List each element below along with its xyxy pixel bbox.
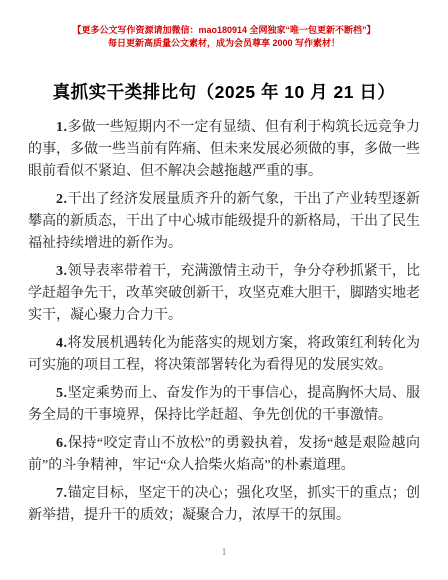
paragraph-text: 坚定乘势而上、奋发作为的干事信心，提高胸怀大局、服务全局的干事境界，保持比学赶超…: [28, 386, 420, 423]
document-page: 【更多公文写作资源请加微信：mao180914 全网独家“唯一包更新不断档”】 …: [0, 0, 448, 580]
paragraph: 2.干出了经济发展量质齐升的新气象，干出了产业转型逐新攀高的新质态，干出了中心城…: [28, 189, 420, 255]
paragraph-number: 2.: [56, 192, 68, 207]
watermark-header: 【更多公文写作资源请加微信：mao180914 全网独家“唯一包更新不断档”】 …: [0, 24, 448, 49]
page-number: 1: [0, 547, 448, 558]
paragraph: 4.将发展机遇转化为能落实的规划方案，将政策红利转化为可实施的项目工程，将决策部…: [28, 333, 420, 377]
page-title: 真抓实干类排比句（2025 年 10 月 21 日）: [24, 79, 424, 104]
paragraph-text: 领导表率带着干，充满激情主动干，争分夺秒抓紧干，比学赶超争先干，改革突破创新干，…: [28, 264, 420, 323]
watermark-line-2: 每日更新高质量公文素材，成为会员尊享 2000 写作素材！: [0, 37, 448, 50]
paragraph: 1.多做一些短期内不一定有显绩、但有利于构筑长远竞争力的事，多做一些当前有阵痛、…: [28, 117, 420, 183]
paragraph-list: 1.多做一些短期内不一定有显绩、但有利于构筑长远竞争力的事，多做一些当前有阵痛、…: [28, 117, 420, 527]
paragraph-number: 7.: [56, 486, 68, 501]
paragraph-text: 多做一些短期内不一定有显绩、但有利于构筑长远竞争力的事，多做一些当前有阵痛、但未…: [28, 120, 420, 179]
paragraph-number: 5.: [56, 386, 68, 401]
paragraph-number: 3.: [56, 264, 68, 279]
paragraph-text: 锚定目标，坚定干的决心；强化攻坚，抓实干的重点；创新举措，提升干的质效；凝聚合力…: [28, 486, 420, 523]
paragraph: 3.领导表率带着干，充满激情主动干，争分夺秒抓紧干，比学赶超争先干，改革突破创新…: [28, 261, 420, 327]
paragraph-number: 4.: [56, 336, 68, 351]
paragraph-number: 1.: [56, 120, 68, 135]
paragraph-text: 保持“咬定青山不放松”的勇毅执着，发扬“越是艰险越向前”的斗争精神，牢记“众人拾…: [28, 436, 420, 473]
paragraph-number: 6.: [56, 436, 68, 451]
paragraph: 7.锚定目标，坚定干的决心；强化攻坚，抓实干的重点；创新举措，提升干的质效；凝聚…: [28, 483, 420, 527]
paragraph-text: 将发展机遇转化为能落实的规划方案，将政策红利转化为可实施的项目工程，将决策部署转…: [28, 336, 420, 373]
paragraph: 5.坚定乘势而上、奋发作为的干事信心，提高胸怀大局、服务全局的干事境界，保持比学…: [28, 383, 420, 427]
watermark-line-1: 【更多公文写作资源请加微信：mao180914 全网独家“唯一包更新不断档”】: [0, 24, 448, 37]
paragraph-text: 干出了经济发展量质齐升的新气象，干出了产业转型逐新攀高的新质态，干出了中心城市能…: [28, 192, 420, 251]
paragraph: 6.保持“咬定青山不放松”的勇毅执着，发扬“越是艰险越向前”的斗争精神，牢记“众…: [28, 433, 420, 477]
